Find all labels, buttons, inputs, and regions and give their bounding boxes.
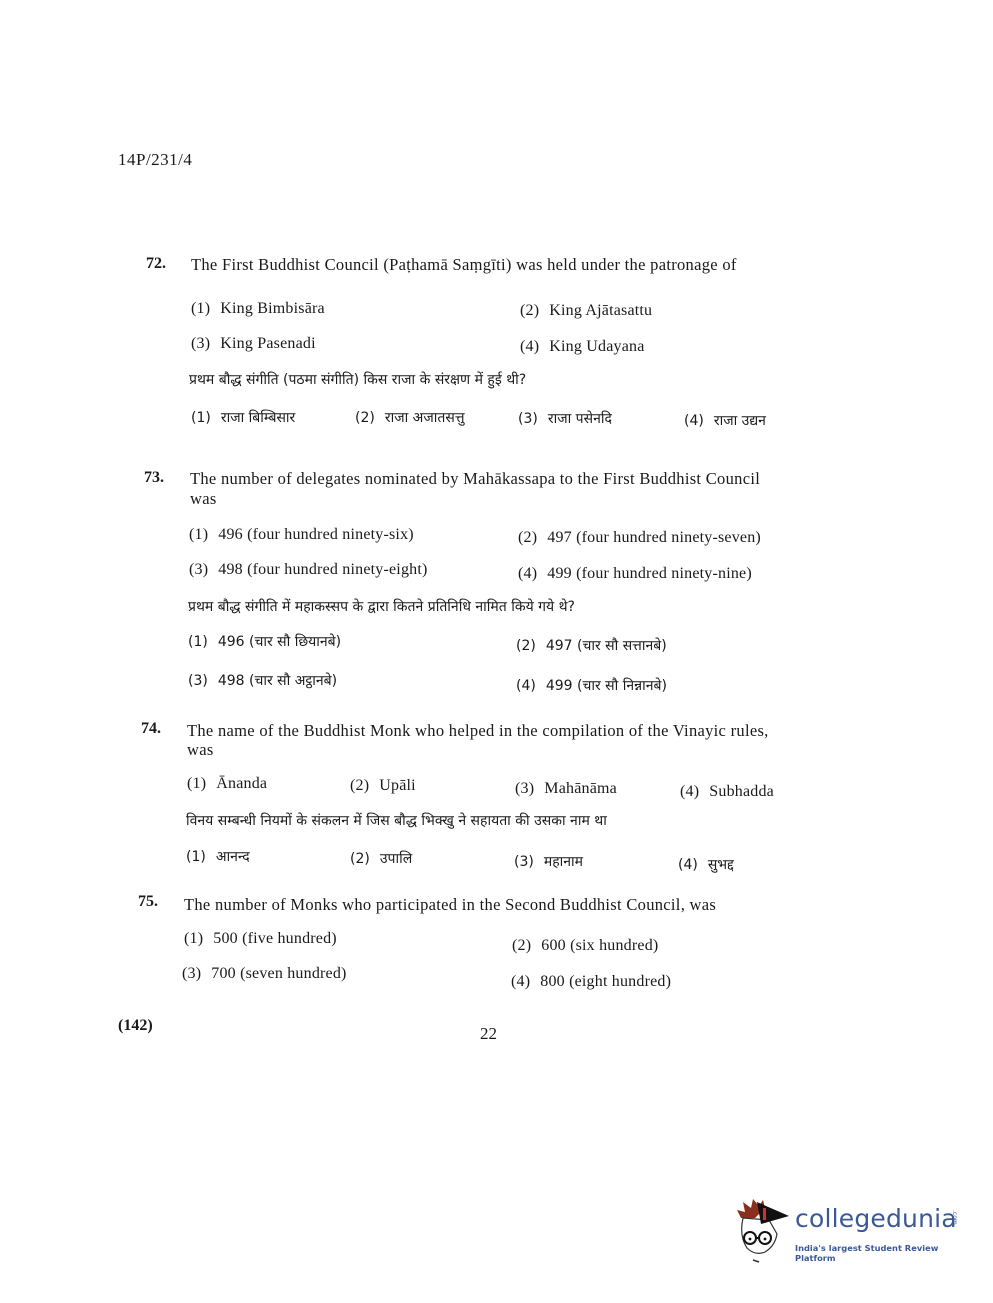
option-hi-2: (2)राजा अजातसत्तु xyxy=(355,408,465,427)
option-hi-1: (1)राजा बिम्बिसार xyxy=(191,408,295,427)
option-en-1: (1)King Bimbisāra xyxy=(191,300,325,318)
question-text-hi: विनय सम्बन्धी नियमों के संकलन में जिस बौ… xyxy=(186,811,607,830)
question-text-en-line1: The name of the Buddhist Monk who helped… xyxy=(187,721,769,741)
logo-suffix: .com xyxy=(951,1210,958,1225)
question-text-hi: प्रथम बौद्ध संगीति में महाकस्सप के द्वार… xyxy=(188,597,575,616)
option-hi-3: (3)498 (चार सौ अट्ठानबे) xyxy=(188,671,337,690)
question-text-en-line2: was xyxy=(187,740,214,760)
option-en-4: (4)Subhadda xyxy=(680,783,774,801)
footer-code: (142) xyxy=(118,1017,153,1035)
mascot-icon xyxy=(733,1196,793,1266)
option-hi-3: (3)महानाम xyxy=(514,852,583,871)
question-number: 74. xyxy=(141,720,161,738)
option-en-4: (4)499 (four hundred ninety-nine) xyxy=(518,565,752,583)
option-hi-2: (2)497 (चार सौ सत्तानबे) xyxy=(516,636,667,655)
question-text-en: The number of Monks who participated in … xyxy=(184,895,716,915)
option-hi-4: (4)राजा उद्यन xyxy=(684,411,766,430)
option-hi-1: (1)496 (चार सौ छियानबे) xyxy=(188,632,341,651)
logo-wordmark: collegedunia xyxy=(795,1204,957,1233)
option-en-2: (2)497 (four hundred ninety-seven) xyxy=(518,529,761,547)
option-en-2: (2)Upāli xyxy=(350,777,416,795)
option-hi-4: (4)499 (चार सौ निन्नानबे) xyxy=(516,676,667,695)
question-number: 72. xyxy=(146,255,166,273)
option-en-1: (1)Ānanda xyxy=(187,775,267,793)
option-en-2: (2)600 (six hundred) xyxy=(512,937,658,955)
option-en-3: (3)King Pasenadi xyxy=(191,335,316,353)
option-en-3: (3)700 (seven hundred) xyxy=(182,965,347,983)
page-number: 22 xyxy=(480,1024,497,1044)
question-text-en: The First Buddhist Council (Paṭhamā Saṃg… xyxy=(191,255,737,275)
option-hi-1: (1)आनन्द xyxy=(186,847,250,866)
option-en-3: (3)Mahānāma xyxy=(515,780,617,798)
question-number: 75. xyxy=(138,893,158,911)
question-text-hi: प्रथम बौद्ध संगीति (पठमा संगीति) किस राज… xyxy=(189,370,526,389)
option-hi-4: (4)सुभद्द xyxy=(678,855,734,874)
question-text-en-line1: The number of delegates nominated by Mah… xyxy=(190,469,760,489)
option-hi-2: (2)उपालि xyxy=(350,849,412,868)
option-en-2: (2)King Ajātasattu xyxy=(520,302,652,320)
option-en-1: (1)500 (five hundred) xyxy=(184,930,337,948)
collegedunia-logo[interactable]: collegedunia .com India's largest Studen… xyxy=(733,1196,963,1276)
question-number: 73. xyxy=(144,469,164,487)
option-en-4: (4)King Udayana xyxy=(520,338,645,356)
option-hi-3: (3)राजा पसेनदि xyxy=(518,409,612,428)
logo-tagline: India's largest Student Review Platform xyxy=(795,1243,963,1263)
option-en-1: (1)496 (four hundred ninety-six) xyxy=(189,526,414,544)
paper-code: 14P/231/4 xyxy=(118,150,192,170)
option-en-3: (3)498 (four hundred ninety-eight) xyxy=(189,561,428,579)
option-en-4: (4)800 (eight hundred) xyxy=(511,973,671,991)
question-text-en-line2: was xyxy=(190,489,217,509)
